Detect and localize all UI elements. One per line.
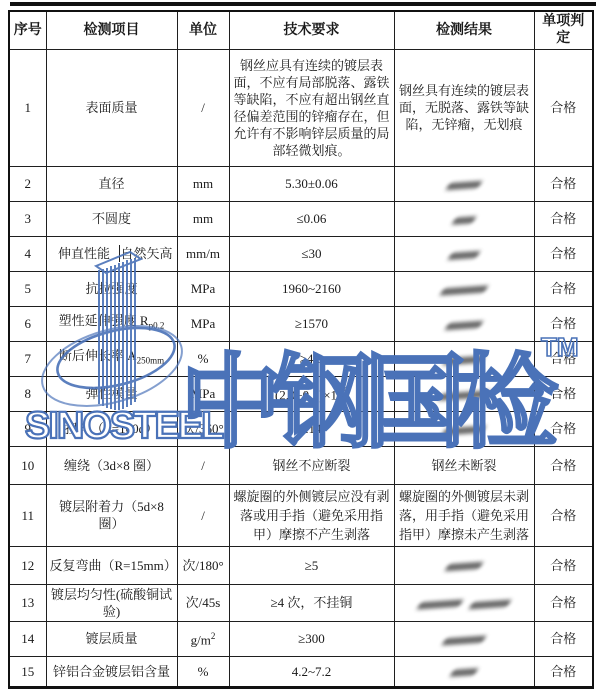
table-row: 13 镀层均匀性(硫酸铜试验) 次/45s ≥4 次，不挂铜 合格: [9, 584, 593, 621]
result-cell: 螺旋圈的外侧镀层未剥落，用手指（避免采用指甲）摩擦未产生剥落: [394, 484, 534, 546]
verdict-cell: 合格: [534, 546, 593, 584]
result-cell-redacted: [394, 166, 534, 201]
verdict-cell: 合格: [534, 621, 593, 656]
verdict-cell: 合格: [534, 584, 593, 621]
column-header-verdict: 单项判定: [534, 11, 593, 49]
unit-cell: 次/45s: [177, 584, 229, 621]
unit-cell: MPa: [177, 306, 229, 341]
result-cell-redacted: [394, 306, 534, 341]
row-no: 10: [9, 446, 46, 484]
table-row: 12 反复弯曲（R=15mm） 次/180° ≥5 合格: [9, 546, 593, 584]
table-row: 11 镀层附着力（5d×8 圈） / 螺旋圈的外侧镀层应没有剥落或用手指（避免采…: [9, 484, 593, 546]
result-cell-redacted: [394, 411, 534, 446]
column-header-requirement: 技术要求: [229, 11, 394, 49]
table-row: 4 伸直性能 自然矢高 mm/m ≤30 合格: [9, 236, 593, 271]
row-no: 2: [9, 166, 46, 201]
table-row: 15 锌铝合金镀层铝含量 % 4.2~7.2 合格: [9, 656, 593, 687]
row-no: 14: [9, 621, 46, 656]
item-cell-split: 伸直性能 自然矢高: [46, 236, 177, 271]
item-cell: 镀层均匀性(硫酸铜试验): [46, 584, 177, 621]
verdict-cell: 合格: [534, 484, 593, 546]
unit-cell: %: [177, 341, 229, 376]
requirement-cell: ≥4.0: [229, 341, 394, 376]
column-header-no: 序号: [9, 11, 46, 49]
row-no: 13: [9, 584, 46, 621]
result-cell-redacted: [394, 341, 534, 376]
verdict-cell: 合格: [534, 236, 593, 271]
requirement-cell: ≥14: [229, 411, 394, 446]
table-row: 6 塑性延伸强度 Rp0.2 MPa ≥1570 合格: [9, 306, 593, 341]
requirement-cell: ≥300: [229, 621, 394, 656]
verdict-cell: 合格: [534, 446, 593, 484]
item-cell: 反复弯曲（R=15mm）: [46, 546, 177, 584]
header-row: 序号 检测项目 单位 技术要求 检测结果 单项判定: [9, 11, 593, 49]
row-no: 7: [9, 341, 46, 376]
item-cell-left: 伸直性能: [50, 245, 120, 262]
verdict-cell: 合格: [534, 166, 593, 201]
item-cell: 锌铝合金镀层铝含量: [46, 656, 177, 687]
unit-cell: mm: [177, 166, 229, 201]
verdict-cell: 合格: [534, 376, 593, 411]
result-cell-redacted: [394, 236, 534, 271]
unit-cell: MPa: [177, 271, 229, 306]
unit-cell: 次/180°: [177, 546, 229, 584]
row-no: 15: [9, 656, 46, 687]
requirement-cell: 螺旋圈的外侧镀层应没有剥落或用手指（避免采用指甲）摩擦不产生剥落: [229, 484, 394, 546]
row-no: 5: [9, 271, 46, 306]
test-report-table: 序号 检测项目 单位 技术要求 检测结果 单项判定 1 表面质量 / 钢丝应具有…: [8, 10, 594, 689]
unit-cell: g/m2: [177, 621, 229, 656]
requirement-cell: ≥4 次，不挂铜: [229, 584, 394, 621]
table-row: 7 断后伸长率 A250mm % ≥4.0 合格: [9, 341, 593, 376]
unit-cell: MPa: [177, 376, 229, 411]
result-cell-redacted: [394, 271, 534, 306]
item-cell: 缠绕（3d×8 圈）: [46, 446, 177, 484]
row-no: 3: [9, 201, 46, 236]
column-header-unit: 单位: [177, 11, 229, 49]
item-cell: 不圆度: [46, 201, 177, 236]
requirement-cell: 1960~2160: [229, 271, 394, 306]
verdict-cell: 合格: [534, 49, 593, 166]
table-row: 1 表面质量 / 钢丝应具有连续的镀层表面，不应有局部脱落、露铁等缺陷，不应有超…: [9, 49, 593, 166]
result-cell-redacted: [394, 621, 534, 656]
verdict-cell: 合格: [534, 656, 593, 687]
table-row: 14 镀层质量 g/m2 ≥300 合格: [9, 621, 593, 656]
item-cell: 直径: [46, 166, 177, 201]
requirement-cell: 钢丝应具有连续的镀层表面，不应有局部脱落、露铁等缺陷，不应有超出钢丝直径偏差范围…: [229, 49, 394, 166]
unit-cell: /: [177, 49, 229, 166]
item-cell: 扭转（L=100d）: [46, 411, 177, 446]
item-cell: 抗拉强度: [46, 271, 177, 306]
row-no: 1: [9, 49, 46, 166]
table-row: 9 扭转（L=100d） 次/360° ≥14 合格: [9, 411, 593, 446]
result-cell-redacted: [394, 656, 534, 687]
requirement-cell: ≥5: [229, 546, 394, 584]
item-cell: 塑性延伸强度 Rp0.2: [46, 306, 177, 341]
row-no: 4: [9, 236, 46, 271]
requirement-cell: 4.2~7.2: [229, 656, 394, 687]
requirement-cell: ≤30: [229, 236, 394, 271]
requirement-cell: ≤0.06: [229, 201, 394, 236]
result-cell-redacted: [394, 376, 534, 411]
table-row: 8 弹性模量 MPa (2.0±0.1)×105 合格: [9, 376, 593, 411]
row-no: 9: [9, 411, 46, 446]
result-cell: 钢丝未断裂: [394, 446, 534, 484]
table-row: 2 直径 mm 5.30±0.06 合格: [9, 166, 593, 201]
verdict-cell: 合格: [534, 201, 593, 236]
verdict-cell: 合格: [534, 411, 593, 446]
item-cell: 断后伸长率 A250mm: [46, 341, 177, 376]
row-no: 6: [9, 306, 46, 341]
column-header-item: 检测项目: [46, 11, 177, 49]
table-row: 5 抗拉强度 MPa 1960~2160 合格: [9, 271, 593, 306]
unit-cell: %: [177, 656, 229, 687]
requirement-cell: 5.30±0.06: [229, 166, 394, 201]
requirement-cell: (2.0±0.1)×105: [229, 376, 394, 411]
item-cell: 弹性模量: [46, 376, 177, 411]
result-cell: 钢丝具有连续的镀层表面，无脱落、露铁等缺陷，无锌瘤，无划痕: [394, 49, 534, 166]
column-header-result: 检测结果: [394, 11, 534, 49]
unit-cell: /: [177, 446, 229, 484]
verdict-cell: 合格: [534, 341, 593, 376]
unit-cell: 次/360°: [177, 411, 229, 446]
requirement-cell: 钢丝不应断裂: [229, 446, 394, 484]
verdict-cell: 合格: [534, 306, 593, 341]
row-no: 8: [9, 376, 46, 411]
item-cell: 镀层附着力（5d×8 圈）: [46, 484, 177, 546]
table-row: 3 不圆度 mm ≤0.06 合格: [9, 201, 593, 236]
unit-cell: mm/m: [177, 236, 229, 271]
table-row: 10 缠绕（3d×8 圈） / 钢丝不应断裂 钢丝未断裂 合格: [9, 446, 593, 484]
result-cell-redacted: [394, 201, 534, 236]
result-cell-redacted: [394, 546, 534, 584]
unit-cell: mm: [177, 201, 229, 236]
item-cell: 镀层质量: [46, 621, 177, 656]
row-no: 11: [9, 484, 46, 546]
verdict-cell: 合格: [534, 271, 593, 306]
top-rule: [10, 2, 596, 6]
row-no: 12: [9, 546, 46, 584]
result-cell-redacted: [394, 584, 534, 621]
item-cell: 表面质量: [46, 49, 177, 166]
unit-cell: /: [177, 484, 229, 546]
item-cell-right: 自然矢高: [120, 245, 174, 262]
requirement-cell: ≥1570: [229, 306, 394, 341]
